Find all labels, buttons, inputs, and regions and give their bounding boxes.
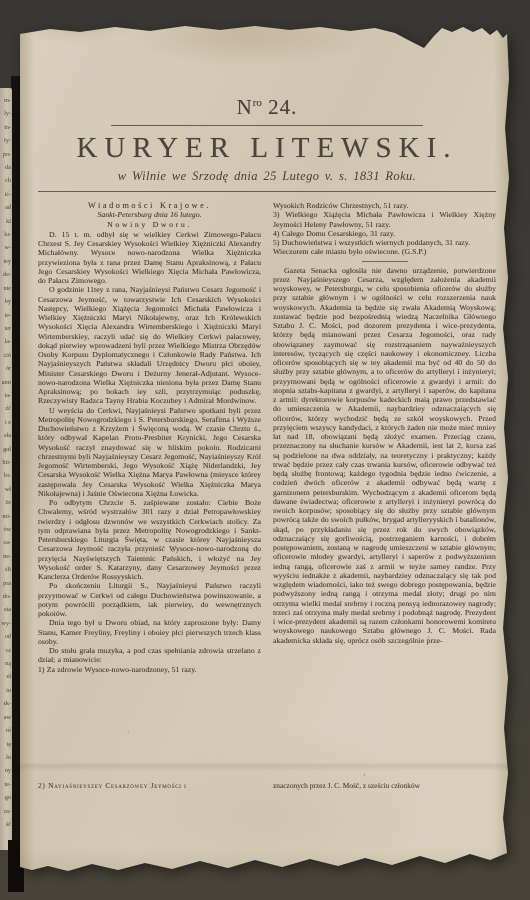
text-fragment: ca-: [0, 536, 11, 549]
text-fragment: ny: [0, 764, 11, 777]
item: 1) Za zdrowie Wysoce-nowo-narodzoney, 51…: [38, 665, 261, 674]
text-fragment: by: [0, 295, 11, 308]
dateline: Sankt-Petersburg dnia 16 lutego.: [38, 210, 261, 219]
text-fragment: ra-: [0, 805, 11, 818]
text-fragment: ło: [0, 751, 11, 764]
text-fragment: lu-: [0, 228, 11, 241]
text-fragment: la-: [0, 335, 11, 348]
text-fragment: ami: [0, 376, 11, 389]
text-fragment: i e: [0, 416, 11, 429]
text-fragment: bi-: [0, 469, 11, 482]
text-fragment: ier: [0, 322, 11, 335]
item: Wieczorem całe miasto było oświecone. (G…: [273, 247, 496, 256]
item: 5) Duchowieństwa i wszystkich wiernych p…: [273, 238, 496, 247]
page-content: Nro 24. KURYER LITEWSKI. w Wilnie we Srz…: [38, 90, 496, 755]
text-fragment: w-: [0, 241, 11, 254]
para: Gazeta Senacka ogłosiła nie dawno urządz…: [273, 266, 496, 645]
fold-line-left: 2) Nayjaśnieyszey Cesarzowey Jeymości i: [38, 781, 261, 790]
text-fragment: ść: [0, 818, 11, 831]
text-fragment: cz: [0, 644, 11, 657]
text-fragment: ną: [0, 657, 11, 670]
para: Dnia tego był u Dworu obiad, na który za…: [38, 618, 261, 646]
adjacent-page-edge: m-ly-in-ty-po-dachić-adkilu-w-ieyde-nieb…: [0, 88, 12, 850]
text-fragment: gul: [0, 443, 11, 456]
issue-prefix: N: [237, 95, 253, 119]
text-fragment: że: [0, 496, 11, 509]
text-fragment: ne-: [0, 550, 11, 563]
text-fragment: ia-: [0, 389, 11, 402]
text-fragment: sła: [0, 429, 11, 442]
text-fragment: do-: [0, 590, 11, 603]
text-fragment: eł: [0, 670, 11, 683]
text-fragment: wy-: [0, 617, 11, 630]
scanned-newspaper-photo: m-ly-in-ty-po-dachić-adkilu-w-ieyde-nieb…: [0, 0, 530, 900]
text-fragment: ki: [0, 215, 11, 228]
newspaper-page: Nro 24. KURYER LITEWSKI. w Wilnie we Srz…: [20, 18, 512, 878]
text-fragment: ch: [0, 174, 11, 187]
text-fragment: da: [0, 161, 11, 174]
right-column: Wysokich Rodziców Chrzestnych, 51 razy.3…: [273, 201, 496, 755]
text-fragment: ię: [0, 738, 11, 751]
text-fragment: ór: [0, 362, 11, 375]
sub-heading: Nowiny Dworu.: [38, 220, 261, 229]
text-fragment: od: [0, 630, 11, 643]
text-fragment: mi-: [0, 510, 11, 523]
text-fragment: ić-: [0, 188, 11, 201]
text-fragment: ie-: [0, 309, 11, 322]
issue-number: Nro 24.: [38, 90, 496, 120]
text-fragment: ów: [0, 523, 11, 536]
fold-line: 2) Nayjaśnieyszey Cesarzowey Jeymości i …: [38, 781, 496, 790]
paper-sheet: Nro 24. KURYER LITEWSKI. w Wilnie we Srz…: [20, 18, 512, 878]
text-fragment: ty-: [0, 134, 11, 147]
text-fragment: sta: [0, 603, 11, 616]
item: Wysokich Rodziców Chrzestnych, 51 razy.: [273, 201, 496, 210]
text-fragment: wł: [0, 483, 11, 496]
text-fragment: aw: [0, 711, 11, 724]
text-fragment: iey: [0, 255, 11, 268]
masthead-rule-bottom: [38, 191, 496, 192]
masthead-rule-top: [111, 125, 423, 126]
text-fragment: sk-: [0, 697, 11, 710]
masthead-dateline: w Wilnie we Srzodę dnia 25 Lutego v. s. …: [38, 169, 496, 184]
fold-line-right: znaczonych przez J. C. Mość, z sześciu c…: [273, 781, 496, 790]
body-columns: Wiadomości Krajowe.Sankt-Petersburg dnia…: [38, 201, 496, 755]
text-fragment: iu: [0, 684, 11, 697]
text-fragment: ad: [0, 201, 11, 214]
text-fragment: hti-: [0, 456, 11, 469]
para: O godzinie 11tey z rana, Nayjaśnieysi Pa…: [38, 285, 261, 405]
masthead-title: KURYER LITEWSKI.: [38, 132, 496, 165]
text-fragment: ció: [0, 349, 11, 362]
text-fragment: pra: [0, 577, 11, 590]
text-fragment: śli: [0, 563, 11, 576]
item: 4) Całego Domu Cesarskiego, 31 razy.: [273, 229, 496, 238]
text-fragment: źć: [0, 402, 11, 415]
item: 3) Wielkiego Xiążęcia Michała Pawłowicza…: [273, 210, 496, 229]
divider: [362, 261, 408, 262]
para: Po odbytym Chrzcie S. zaśpiewane zostało…: [38, 498, 261, 581]
para: Do stołu grała muzyka, a pod czas spełni…: [38, 646, 261, 665]
text-fragment: m-: [0, 94, 11, 107]
text-fragment: ró: [0, 724, 11, 737]
text-fragment: po-: [0, 148, 11, 161]
text-fragment: te-: [0, 778, 11, 791]
para: D. 15 t. m. odbył się w wielkiey Cerkwi …: [38, 230, 261, 286]
left-column: Wiadomości Krajowe.Sankt-Petersburg dnia…: [38, 201, 261, 755]
text-fragment: in-: [0, 121, 11, 134]
section-heading: Wiadomości Krajowe.: [38, 201, 261, 210]
text-fragment: nie: [0, 282, 11, 295]
issue-superscript: ro: [253, 97, 262, 109]
text-fragment: de-: [0, 268, 11, 281]
text-fragment: go: [0, 791, 11, 804]
issue-value: 24.: [268, 95, 297, 119]
text-fragment: ly-: [0, 107, 11, 120]
para: Po skończeniu Liturgii S., Nayjaśnieysi …: [38, 581, 261, 618]
adjacent-page-text: m-ly-in-ty-po-dachić-adkilu-w-ieyde-nieb…: [0, 88, 12, 856]
para: U weyścia do Cerkwi, Nayjaśnieysi Państw…: [38, 406, 261, 499]
